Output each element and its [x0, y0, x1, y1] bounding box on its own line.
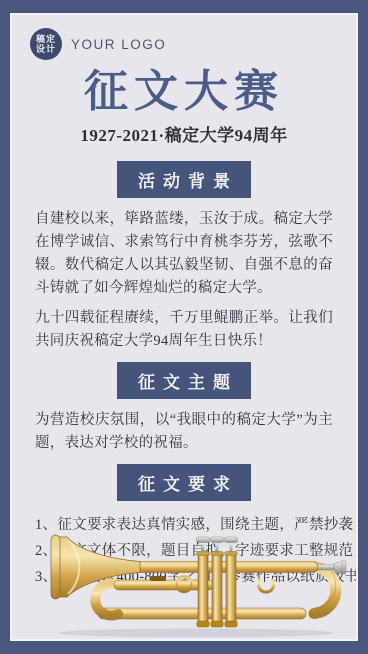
poster-subtitle: 1927-2021·稿定大学94周年: [12, 121, 356, 146]
essay-theme-paragraph: 为营造校庆氛围，以“我眼中的稿定大学”为主题，表达对学校的祝福。: [35, 409, 333, 455]
section-heading-essay-requirements: 征文要求: [117, 464, 251, 501]
brand-logo-line1: 稿定: [36, 34, 56, 44]
section-heading-activity-background: 活动背景: [117, 161, 251, 198]
activity-background-paragraph-1: 自建校以来，筚路蓝缕，玉汝于成。稿定大学在博学诚信、求索笃行中育桃李芬芳，弦歌不…: [35, 208, 333, 300]
section-heading-essay-theme: 征文主题: [117, 362, 251, 399]
activity-background-paragraph-2: 九十四载征程赓续，千万里鲲鹏正举。让我们共同庆祝稿定大学94周年生日快乐！: [35, 307, 333, 353]
brand-logo-icon: 稿定 设计: [30, 28, 62, 60]
brand-logo-line2: 设计: [36, 44, 56, 54]
poster-title: 征文大赛: [12, 68, 356, 116]
gold-trumpet-icon: [38, 534, 350, 638]
poster-frame: 稿定 设计 YOUR LOGO 征文大赛 1927-2021·稿定大学94周年 …: [0, 0, 368, 654]
trumpet-image: [12, 590, 356, 639]
logo-row: 稿定 设计 YOUR LOGO: [30, 28, 356, 60]
poster-canvas: 稿定 设计 YOUR LOGO 征文大赛 1927-2021·稿定大学94周年 …: [10, 13, 358, 641]
logo-placeholder-text: YOUR LOGO: [71, 37, 166, 52]
